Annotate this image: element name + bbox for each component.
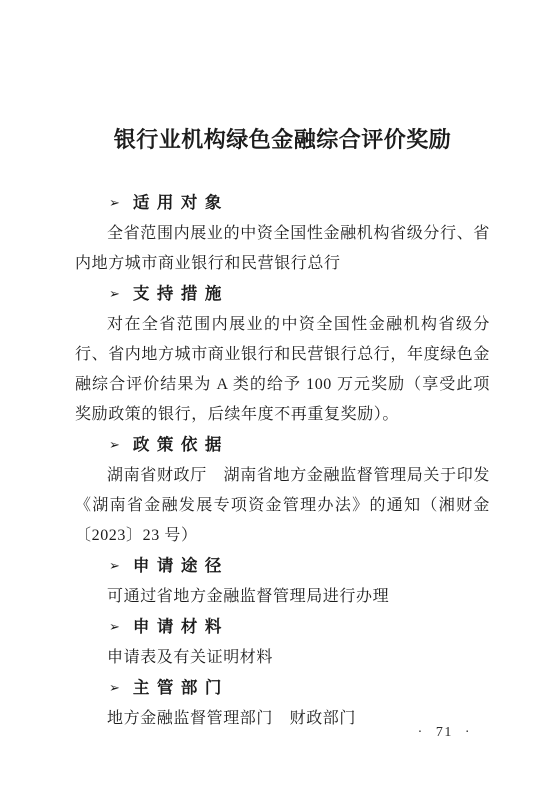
section-applicable-targets: ➢ 适用对象 全省范围内展业的中资全国性金融机构省级分行、省内地方城市商业银行和… [75,188,490,279]
arrowhead-bullet-icon: ➢ [109,430,120,460]
section-support-measures: ➢ 支持措施 对在全省范围内展业的中资全国性金融机构省级分行、省内地方城市商业银… [75,279,490,430]
section-heading: ➢ 政策依据 [75,430,490,461]
section-heading: ➢ 申请途径 [75,551,490,582]
section-heading-label: 适用对象 [133,188,229,218]
arrowhead-bullet-icon: ➢ [109,612,120,642]
arrowhead-bullet-icon: ➢ [109,551,120,581]
section-heading-label: 申请途径 [133,551,229,581]
section-heading-label: 主管部门 [133,673,229,703]
section-heading-label: 政策依据 [133,430,229,460]
section-heading: ➢ 申请材料 [75,612,490,643]
section-body-text: 对在全省范围内展业的中资全国性金融机构省级分行、省内地方城市商业银行和民营银行总… [75,310,490,430]
section-policy-basis: ➢ 政策依据 湖南省财政厅 湖南省地方金融监督管理局关于印发《湖南省金融发展专项… [75,430,490,551]
section-body-text: 申请表及有关证明材料 [75,643,490,673]
page-title: 银行业机构绿色金融综合评价奖励 [75,125,490,155]
arrowhead-bullet-icon: ➢ [109,279,120,309]
arrowhead-bullet-icon: ➢ [109,188,120,218]
arrowhead-bullet-icon: ➢ [109,673,120,703]
section-application-channel: ➢ 申请途径 可通过省地方金融监督管理局进行办理 [75,551,490,612]
section-heading-label: 支持措施 [133,279,229,309]
section-body-text: 湖南省财政厅 湖南省地方金融监督管理局关于印发《湖南省金融发展专项资金管理办法》… [75,461,490,551]
section-heading: ➢ 适用对象 [75,188,490,219]
section-heading-label: 申请材料 [133,612,229,642]
section-body-text: 可通过省地方金融监督管理局进行办理 [75,582,490,612]
document-page: 银行业机构绿色金融综合评价奖励 ➢ 适用对象 全省范围内展业的中资全国性金融机构… [0,0,559,793]
section-heading: ➢ 支持措施 [75,279,490,310]
page-number: · 71 · [418,725,471,741]
section-body-text: 全省范围内展业的中资全国性金融机构省级分行、省内地方城市商业银行和民营银行总行 [75,219,490,279]
section-heading: ➢ 主管部门 [75,673,490,704]
section-application-materials: ➢ 申请材料 申请表及有关证明材料 [75,612,490,673]
